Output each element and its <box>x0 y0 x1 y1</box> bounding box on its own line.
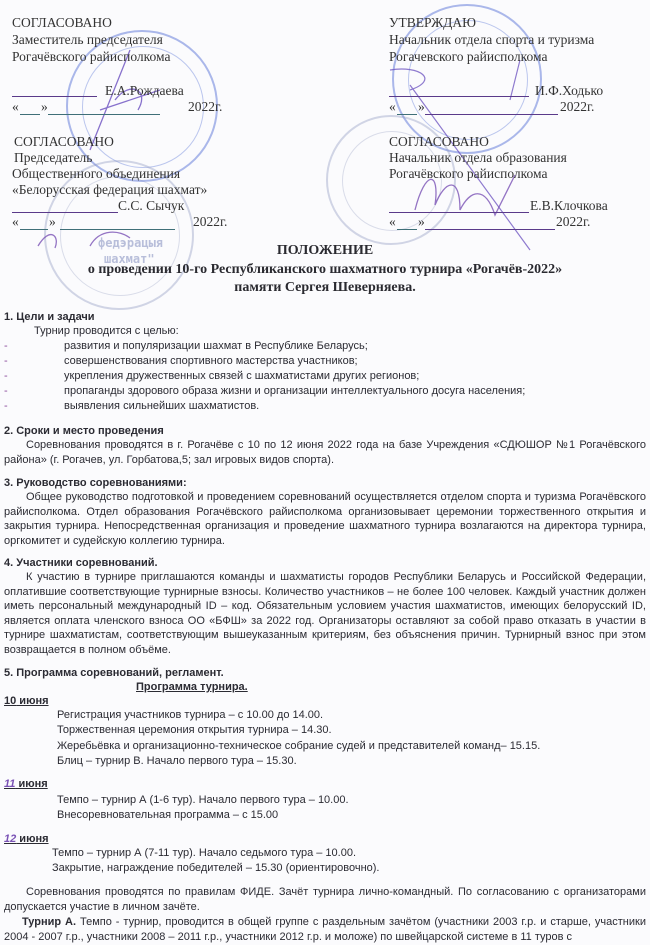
date-month-line <box>48 114 160 115</box>
program-day-label: 11 июня <box>4 777 48 792</box>
program-item: Регистрация участников турнира – с 10.00… <box>57 708 323 723</box>
list-item: -выявления сильнейших шахматистов. <box>4 399 259 414</box>
approval-heading: СОГЛАСОВАНО <box>12 15 112 31</box>
list-item: -развития и популяризации шахмат в Респу… <box>4 339 368 354</box>
program-item: Темпо – турнир А (1-6 тур). Начало перво… <box>57 793 349 808</box>
date-month-line <box>425 229 555 230</box>
date-close-quote: » <box>418 99 425 115</box>
program-item: Внесоревновательная программа – с 15.00 <box>57 808 278 823</box>
signer-name: И.Ф.Ходько <box>535 83 603 99</box>
signer-name: Е.В.Клочкова <box>530 198 608 214</box>
list-item: -пропаганды здорового образа жизни и орг… <box>4 384 525 399</box>
approval-heading: УТВЕРЖДАЮ <box>389 15 476 31</box>
date-open-quote: « <box>12 99 19 115</box>
approval-year: 2022г. <box>188 99 222 115</box>
date-close-quote: » <box>49 214 56 230</box>
date-close-quote: » <box>418 214 425 230</box>
date-day-line <box>397 229 417 230</box>
program-item: Жеребьёвка и организационно-техническое … <box>57 739 540 754</box>
signature-line <box>12 212 118 213</box>
program-day-label: 10 июня <box>4 694 49 709</box>
approval-organization-name: «Белорусская федерация шахмат» <box>12 182 207 198</box>
signature-line <box>12 96 97 97</box>
document-subtitle-memorial: памяти Сергея Шеверняева. <box>0 279 650 296</box>
signature-line <box>389 96 529 97</box>
section-heading-management: 3. Руководство соревнованиями: <box>4 476 187 491</box>
program-title: Программа турнира. <box>136 680 248 695</box>
date-open-quote: « <box>12 214 19 230</box>
tournament-a-paragraph: Турнир А. Темпо - турнир, проводится в о… <box>4 915 646 944</box>
section-heading-participants: 4. Участники соревнований. <box>4 556 158 571</box>
approval-year: 2022г. <box>556 214 590 230</box>
approval-year: 2022г. <box>560 99 594 115</box>
program-day-label: 12 июня <box>4 832 49 847</box>
approval-year: 2022г. <box>193 214 227 230</box>
list-item: -совершенствования спортивного мастерств… <box>4 354 358 369</box>
date-day-line <box>20 229 48 230</box>
approval-position: Заместитель председателя <box>12 32 163 48</box>
section-heading-program: 5. Программа соревнований, регламент. <box>4 666 224 681</box>
section-heading-dates-venue: 2. Сроки и место проведения <box>4 424 164 439</box>
document-subtitle: о проведении 10-го Республиканского шахм… <box>0 261 650 278</box>
section-intro: Турнир проводится с целью: <box>34 324 179 339</box>
approval-position: Председатель <box>14 150 92 166</box>
program-item: Торжественная церемония открытия турнира… <box>57 723 332 738</box>
program-item: Темпо – турнир А (7-11 тур). Начало седь… <box>52 846 356 861</box>
rules-paragraph: Соревнования проводятся по правилам ФИДЕ… <box>4 885 646 914</box>
document-title: ПОЛОЖЕНИЕ <box>0 242 650 259</box>
signer-name: Е.А.Рождаева <box>105 83 184 99</box>
approval-organization: Рогачёвского райисполкома <box>389 166 547 182</box>
approval-heading: СОГЛАСОВАНО <box>389 134 489 150</box>
approval-position: Начальник отдела спорта и туризма <box>389 32 594 48</box>
approval-position: Начальник отдела образования <box>389 150 567 166</box>
approval-organization: Рогачёвского райисполкома <box>12 49 170 65</box>
signature-line <box>389 212 529 213</box>
date-open-quote: « <box>389 214 396 230</box>
date-day-line <box>397 114 417 115</box>
section-heading-goals: 1. Цели и задачи <box>4 310 95 325</box>
signer-name: С.С. Сычук <box>118 198 184 214</box>
program-item: Закрытие, награждение победителей – 15.3… <box>52 861 379 876</box>
date-month-line <box>425 114 558 115</box>
date-open-quote: « <box>389 99 396 115</box>
approval-organization: Рогачевского райисполкома <box>389 49 547 65</box>
date-month-line <box>60 229 175 230</box>
section-paragraph: Соревнования проводятся в г. Рогачёве с … <box>4 438 646 467</box>
approval-organization: Общественного объединения <box>12 166 180 182</box>
list-item: -укрепления дружественных связей с шахма… <box>4 369 419 384</box>
section-paragraph: К участию в турнире приглашаются команды… <box>4 570 646 657</box>
date-close-quote: » <box>41 99 48 115</box>
program-item: Блиц – турнир В. Начало первого тура – 1… <box>57 754 297 769</box>
date-day-line <box>20 114 40 115</box>
approval-heading: СОГЛАСОВАНО <box>14 134 114 150</box>
section-paragraph: Общее руководство подготовкой и проведен… <box>4 490 646 548</box>
